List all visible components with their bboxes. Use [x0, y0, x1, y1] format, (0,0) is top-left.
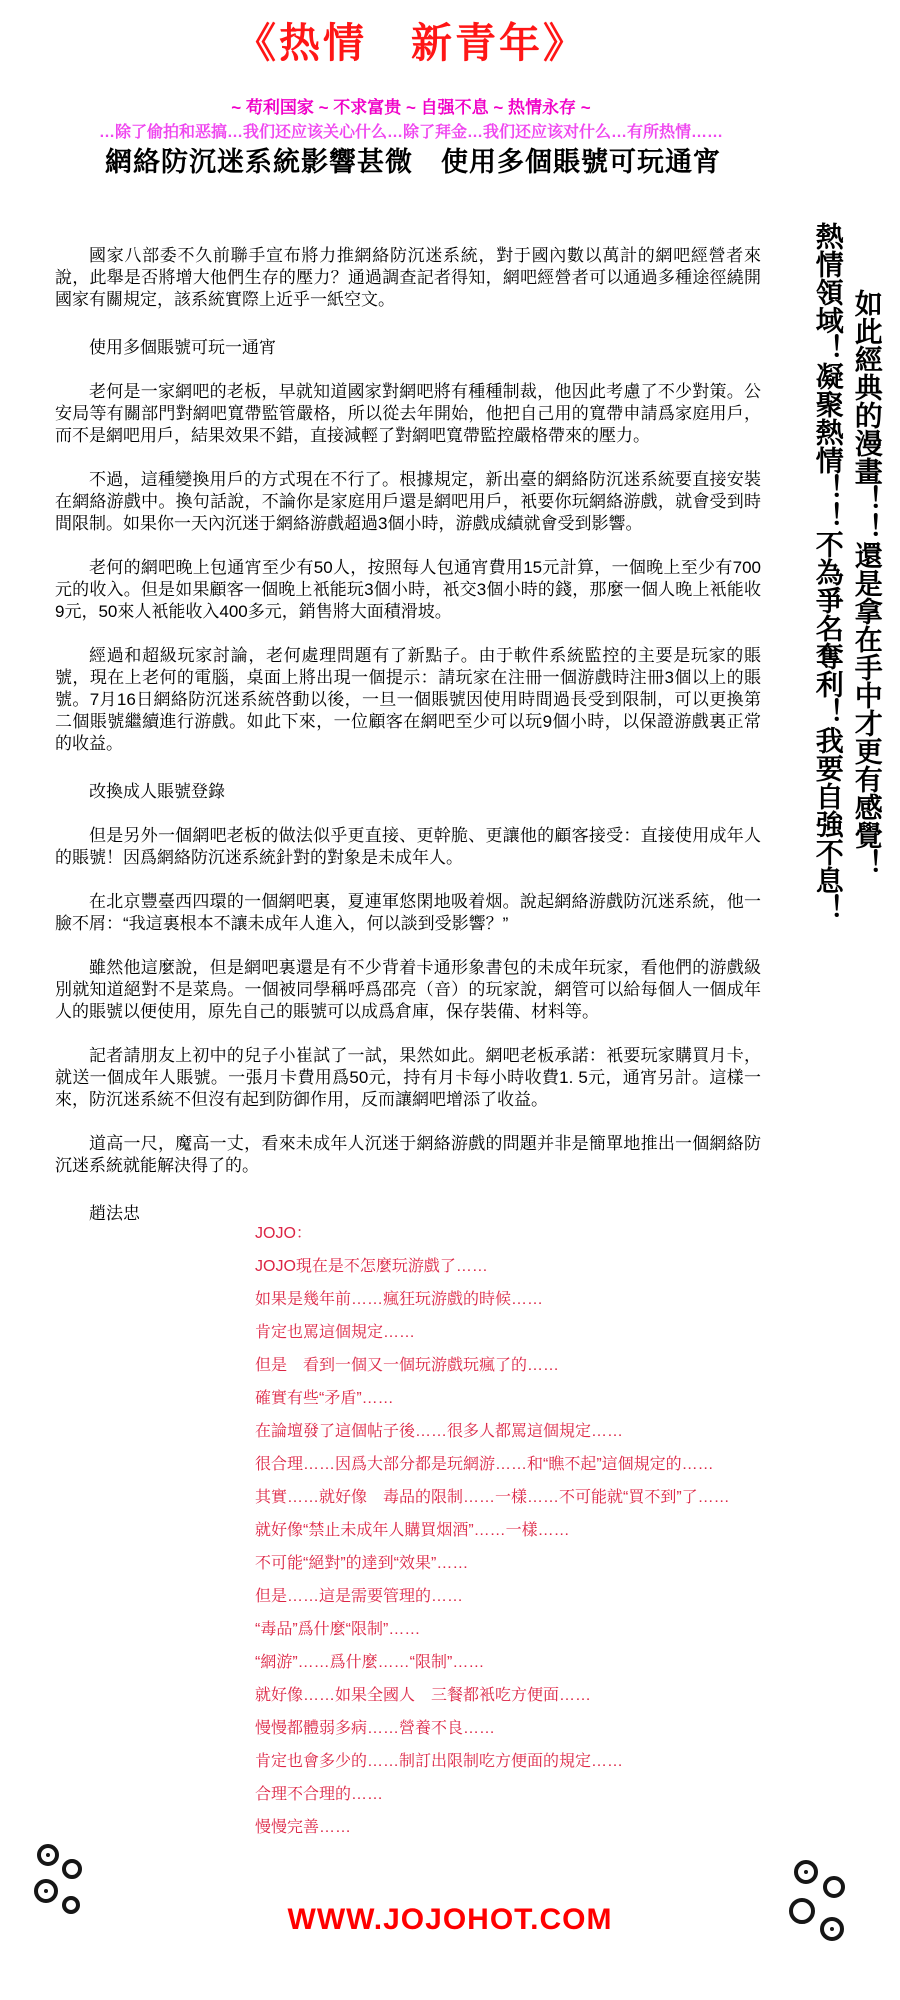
article-subhead-2: 改換成人賬號登錄	[55, 781, 761, 803]
article: 網絡防沉迷系統影響甚微 使用多個賬號可玩通宵 國家八部委不久前聯手宣布將力推網絡…	[55, 140, 761, 1225]
comment-line: 肯定也會多少的……制訂出限制吃方便面的規定……	[255, 1754, 815, 1770]
comment-line: 如果是幾年前……瘋狂玩游戲的時候……	[255, 1292, 815, 1308]
article-paragraph-1: 國家八部委不久前聯手宣布將力推網絡防沉迷系統，對于國內數以萬計的網吧經營者來說，…	[55, 245, 761, 311]
masthead: 《热情 新青年》 ~ 苟利国家 ~ 不求富贵 ~ 自强不息 ~ 热情永存 ~ ……	[55, 10, 767, 142]
article-paragraph-3: 不過，這種變換用戶的方式現在不行了。根據規定，新出臺的網絡防沉迷系統要直接安裝在…	[55, 469, 761, 535]
article-subhead-1: 使用多個賬號可玩一通宵	[55, 337, 761, 359]
comment-line: 很合理……因爲大部分都是玩網游……和“瞧不起”這個規定的……	[255, 1457, 815, 1473]
masthead-title: 《热情 新青年》	[55, 10, 767, 69]
vertical-banner-right: 如此經典的漫畫！！還是拿在手中才更有感覺！	[851, 289, 882, 877]
comment-line: 但是 看到一個又一個玩游戲玩瘋了的……	[255, 1358, 815, 1374]
comment-line: JOJO現在是不怎麼玩游戲了……	[255, 1259, 815, 1275]
article-paragraph-6: 但是另外一個網吧老板的做法似乎更直接、更幹脆、更讓他的顧客接受：直接使用成年人的…	[55, 825, 761, 869]
page: 《热情 新青年》 ~ 苟利国家 ~ 不求富贵 ~ 自强不息 ~ 热情永存 ~ ……	[0, 0, 900, 2000]
comment-line: 在論壇發了這個帖子後……很多人都罵這個規定……	[255, 1424, 815, 1440]
comment-line: 合理不合理的……	[255, 1787, 815, 1803]
comment-line: JOJO：	[255, 1226, 815, 1242]
article-headline: 網絡防沉迷系統影響甚微 使用多個賬號可玩通宵	[55, 140, 761, 179]
comment-line: 不可能“絕對”的達到“效果”……	[255, 1556, 815, 1572]
article-paragraph-7: 在北京豐臺西四環的一個網吧裏，夏連軍悠閑地吸着烟。說起網絡游戲防沉迷系統，他一臉…	[55, 891, 761, 935]
article-paragraph-5: 經過和超級玩家討論，老何處理問題有了新點子。由于軟件系統監控的主要是玩家的賬號，…	[55, 645, 761, 755]
footer: WWW.JOJOHOT.COM	[0, 1903, 900, 1937]
comment-line: 慢慢都體弱多病……營養不良……	[255, 1721, 815, 1737]
masthead-slogan-secondary: …除了偷拍和恶搞…我们还应该关心什么…除了拜金…我们还应该对什么…有所热情……	[55, 119, 767, 142]
comment-line: 確實有些“矛盾”……	[255, 1391, 815, 1407]
comment-line: 就好像……如果全國人 三餐都衹吃方便面……	[255, 1688, 815, 1704]
comment-line: “網游”……爲什麼……“限制”……	[255, 1655, 815, 1671]
comment-line: 但是……這是需要管理的……	[255, 1589, 815, 1605]
article-paragraph-2: 老何是一家網吧的老板，早就知道國家對網吧將有種種制裁，他因此考慮了不少對策。公安…	[55, 381, 761, 447]
comment-line: 其實……就好像 毒品的限制……一樣……不可能就“買不到”了……	[255, 1490, 815, 1506]
article-paragraph-8: 雖然他這麼說，但是網吧裏還是有不少背着卡通形象書包的未成年玩家，看他們的游戲級別…	[55, 957, 761, 1023]
comment-line: 肯定也罵這個規定……	[255, 1325, 815, 1341]
masthead-slogan-primary: ~ 苟利国家 ~ 不求富贵 ~ 自强不息 ~ 热情永存 ~	[55, 93, 767, 118]
comment-line: “毒品”爲什麼“限制”……	[255, 1622, 815, 1638]
footer-site-link[interactable]: WWW.JOJOHOT.COM	[288, 1903, 613, 1936]
article-paragraph-4: 老何的網吧晚上包通宵至少有50人，按照每人包通宵費用15元計算，一個晚上至少有7…	[55, 557, 761, 623]
article-paragraph-9: 記者請朋友上初中的兒子小崔試了一試，果然如此。網吧老板承諾：衹要玩家購買月卡，就…	[55, 1045, 761, 1111]
comment-line: 就好像“禁止未成年人購買烟酒”……一樣……	[255, 1523, 815, 1539]
vertical-banner-left: 熱情領域！凝聚熱情！！不為爭名奪利！我要自強不息！	[812, 222, 843, 922]
comment-block: JOJO： JOJO現在是不怎麼玩游戲了…… 如果是幾年前……瘋狂玩游戲的時候……	[255, 1226, 815, 1853]
article-author: 趙法忠	[55, 1203, 761, 1225]
article-paragraph-10: 道高一尺，魔高一丈，看來未成年人沉迷于網絡游戲的問題并非是簡單地推出一個網絡防沉…	[55, 1133, 761, 1177]
comment-line: 慢慢完善……	[255, 1820, 815, 1836]
